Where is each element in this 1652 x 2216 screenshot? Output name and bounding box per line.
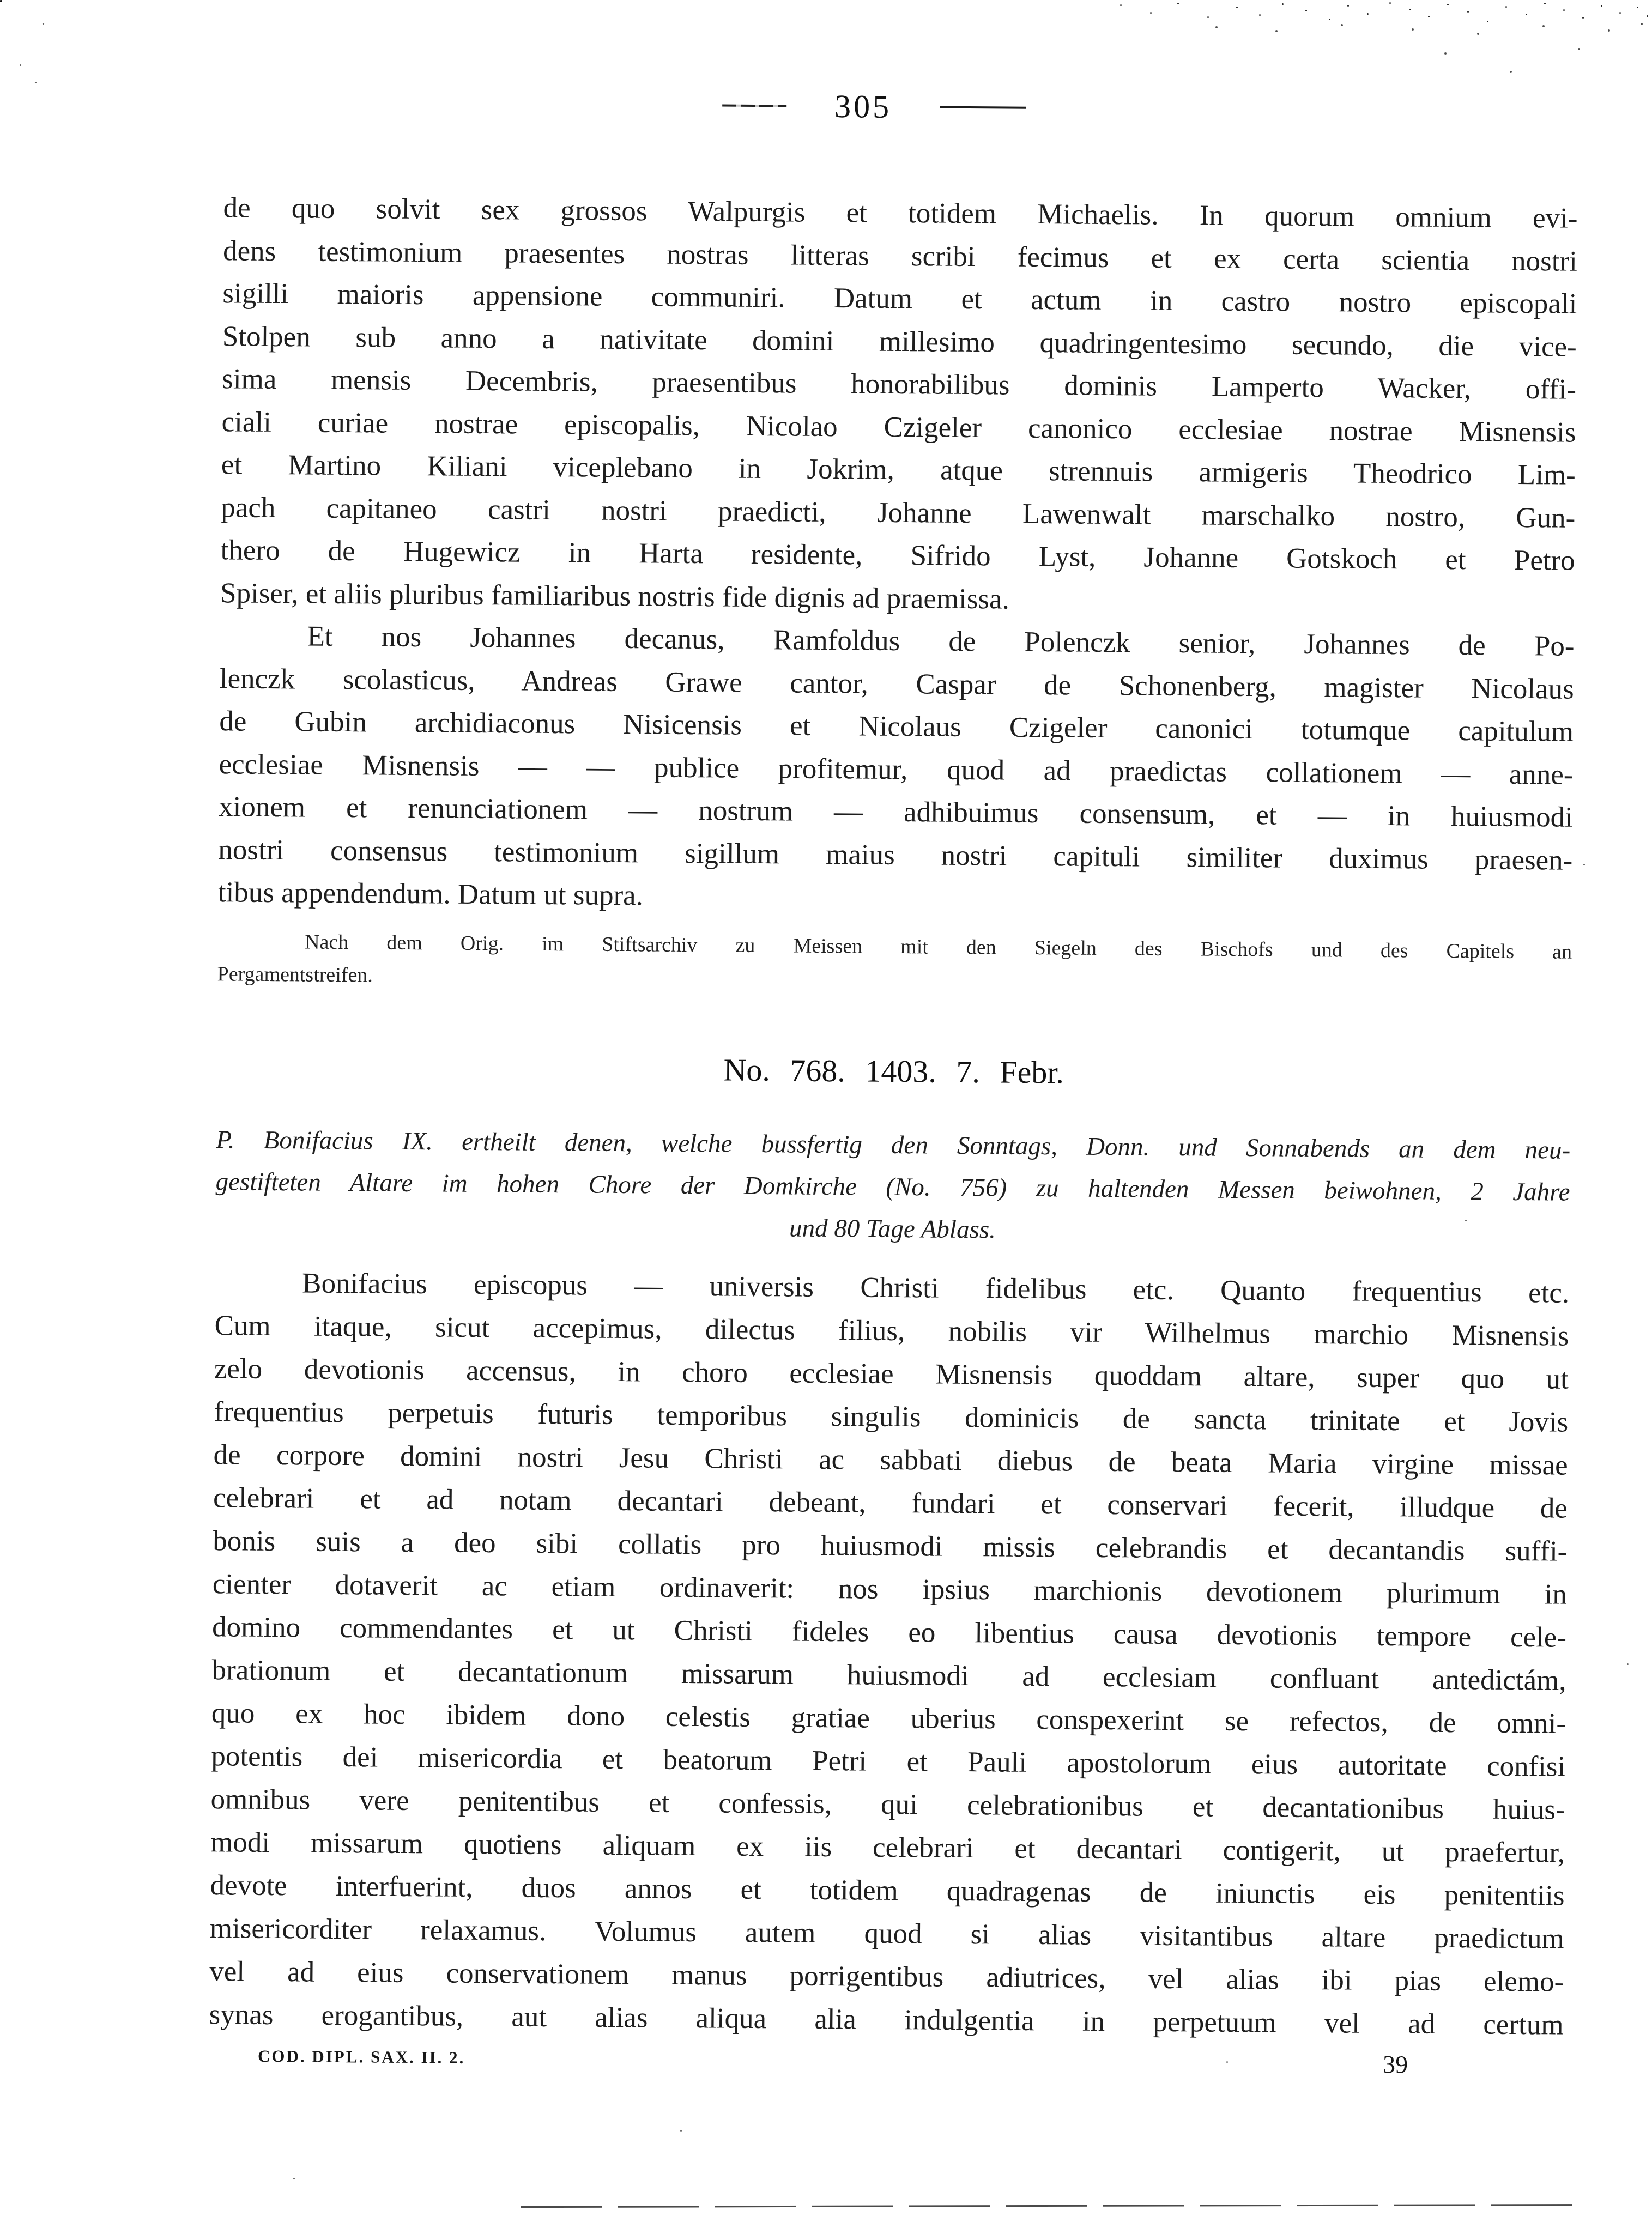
page-header: 305 — [224, 76, 1524, 137]
page-number-rule-right — [940, 106, 1026, 109]
scanned-book-page: { "page": { "number": "305", "footer_lef… — [0, 0, 1652, 2216]
page-footer: COD. DIPL. SAX. II. 2. 39 — [209, 2041, 1563, 2090]
scan-noise-scattered — [0, 0, 2, 2]
charter-767-source-note: Nach dem Orig. im Stiftsarchiv zu Meisse… — [217, 925, 1572, 1001]
charter-767-paragraph-2: Et nos Johannes decanus, Ramfoldus de Po… — [218, 614, 1575, 924]
page-number-rule-left — [722, 104, 786, 107]
page-content: 305 de quo solvit sex grossos Walpurgis … — [209, 76, 1579, 2089]
page-number: 305 — [834, 88, 892, 126]
charter-768-body: Bonifacius episcopus — universis Christi… — [209, 1261, 1569, 2047]
charter-767-paragraph-1: de quo solvit sex grossos Walpurgis et t… — [220, 186, 1578, 625]
series-signature: COD. DIPL. SAX. II. 2. — [258, 2046, 465, 2067]
sheet-number: 39 — [1383, 2050, 1408, 2079]
scan-bottom-edge-line — [521, 2204, 1586, 2208]
charter-768-heading: No. 768. 1403. 7. Febr. — [216, 1047, 1571, 1096]
charter-768-summary: P. Bonifacius IX. ertheilt denen, welche… — [215, 1119, 1571, 1256]
